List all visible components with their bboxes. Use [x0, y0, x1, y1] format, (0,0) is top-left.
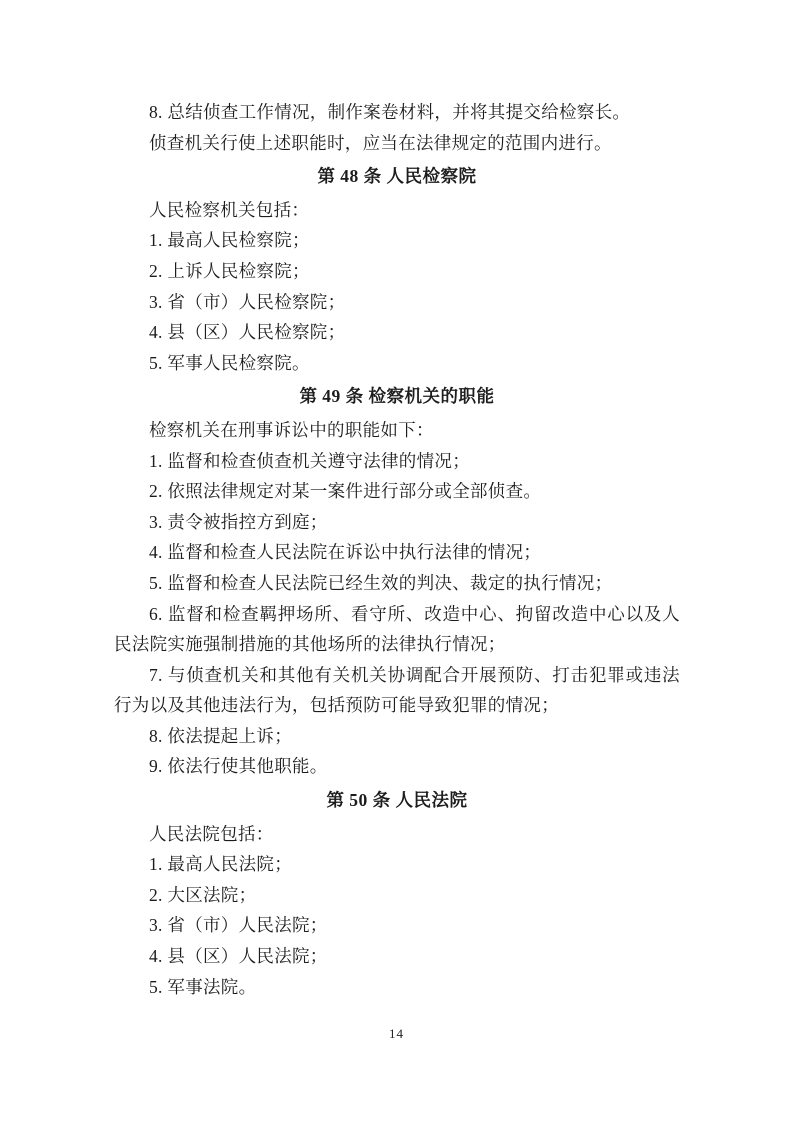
article-paragraph: 4. 监督和检查人民法院在诉讼中执行法律的情况； [114, 537, 680, 568]
continuation-paragraph: 8. 总结侦查工作情况，制作案卷材料，并将其提交给检察长。 [114, 97, 680, 128]
document-page: 8. 总结侦查工作情况，制作案卷材料，并将其提交给检察长。侦查机关行使上述职能时… [0, 0, 793, 1122]
article-paragraph: 人民法院包括： [114, 819, 680, 850]
article-heading: 第 49 条 检察机关的职能 [114, 381, 680, 412]
article-paragraph: 5. 军事人民检察院。 [114, 348, 680, 379]
article-paragraph: 3. 省（市）人民法院； [114, 910, 680, 941]
article-paragraph: 5. 监督和检查人民法院已经生效的判决、裁定的执行情况； [114, 568, 680, 599]
article-paragraph: 检察机关在刑事诉讼中的职能如下： [114, 415, 680, 446]
article-paragraph: 8. 依法提起上诉； [114, 721, 680, 752]
article-paragraph: 1. 监督和检查侦查机关遵守法律的情况； [114, 446, 680, 477]
page-number: 14 [0, 1026, 793, 1042]
article-paragraph: 人民检察机关包括： [114, 195, 680, 226]
article-paragraph: 1. 最高人民法院； [114, 849, 680, 880]
article-paragraph: 2. 大区法院； [114, 880, 680, 911]
article-paragraph: 3. 责令被指控方到庭； [114, 507, 680, 538]
article-paragraph: 7. 与侦查机关和其他有关机关协调配合开展预防、打击犯罪或违法行为以及其他违法行… [114, 660, 680, 721]
article-paragraph: 4. 县（区）人民法院； [114, 941, 680, 972]
article-paragraph: 3. 省（市）人民检察院； [114, 287, 680, 318]
article-heading: 第 48 条 人民检察院 [114, 161, 680, 192]
article-paragraph: 6. 监督和检查羁押场所、看守所、改造中心、拘留改造中心以及人民法院实施强制措施… [114, 599, 680, 660]
article-paragraph: 1. 最高人民检察院； [114, 225, 680, 256]
article-paragraph: 5. 军事法院。 [114, 972, 680, 1003]
article-paragraph: 2. 上诉人民检察院； [114, 256, 680, 287]
article-paragraph: 9. 依法行使其他职能。 [114, 751, 680, 782]
article-paragraph: 2. 依照法律规定对某一案件进行部分或全部侦查。 [114, 476, 680, 507]
document-body: 8. 总结侦查工作情况，制作案卷材料，并将其提交给检察长。侦查机关行使上述职能时… [114, 97, 680, 1002]
article-heading: 第 50 条 人民法院 [114, 785, 680, 816]
article-paragraph: 4. 县（区）人民检察院； [114, 317, 680, 348]
continuation-paragraph: 侦查机关行使上述职能时，应当在法律规定的范围内进行。 [114, 128, 680, 159]
